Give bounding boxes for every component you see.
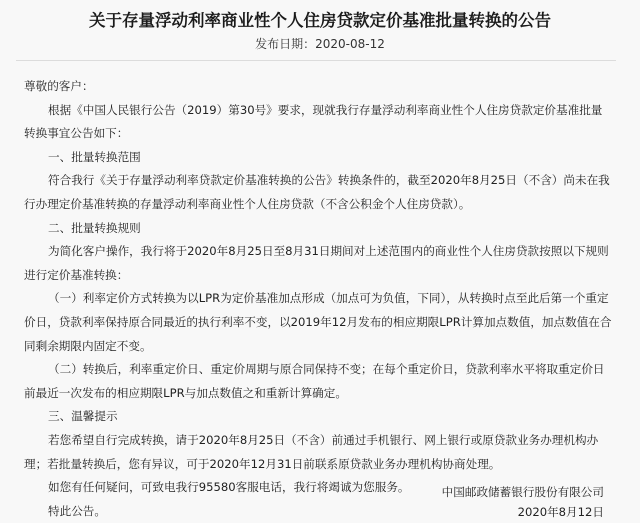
announcement-title: 关于存量浮动利率商业性个人住房贷款定价基准批量转换的公告 [0, 8, 640, 34]
section-heading-rules: 二、批量转换规则 [24, 217, 612, 241]
announcement-body: 尊敬的客户： 根据《中国人民银行公告（2019）第30号》要求，现就我行存量浮动… [24, 75, 612, 523]
publish-date-label: 发布日期： [255, 37, 315, 51]
announcement-page: 关于存量浮动利率商业性个人住房贷款定价基准批量转换的公告 发布日期：2020-0… [0, 0, 640, 523]
signature-organization: 中国邮政储蓄银行股份有限公司 [0, 484, 604, 500]
header-divider [16, 60, 616, 61]
salutation: 尊敬的客户： [24, 75, 612, 99]
scope-paragraph: 符合我行《关于存量浮动利率贷款定价基准转换的公告》转换条件的，截至2020年8月… [24, 169, 612, 216]
rules-intro-paragraph: 为简化客户操作，我行将于2020年8月25日至8月31日期间对上述范围内的商业性… [24, 240, 612, 287]
publish-date-value: 2020-08-12 [315, 37, 385, 51]
rule-one-paragraph: （一）利率定价方式转换为以LPR为定价基准加点形成（加点可为负值，下同），从转换… [24, 287, 612, 358]
publish-date: 发布日期：2020-08-12 [0, 36, 640, 52]
signature-date: 2020年8月12日 [0, 504, 604, 520]
tips-paragraph: 若您希望自行完成转换，请于2020年8月25日（不含）前通过手机银行、网上银行或… [24, 429, 612, 476]
rule-two-paragraph: （二）转换后，利率重定价日、重定价周期与原合同保持不变；在每个重定价日，贷款利率… [24, 358, 612, 405]
intro-paragraph: 根据《中国人民银行公告（2019）第30号》要求，现就我行存量浮动利率商业性个人… [24, 99, 612, 146]
section-heading-scope: 一、批量转换范围 [24, 146, 612, 170]
section-heading-tips: 三、温馨提示 [24, 405, 612, 429]
